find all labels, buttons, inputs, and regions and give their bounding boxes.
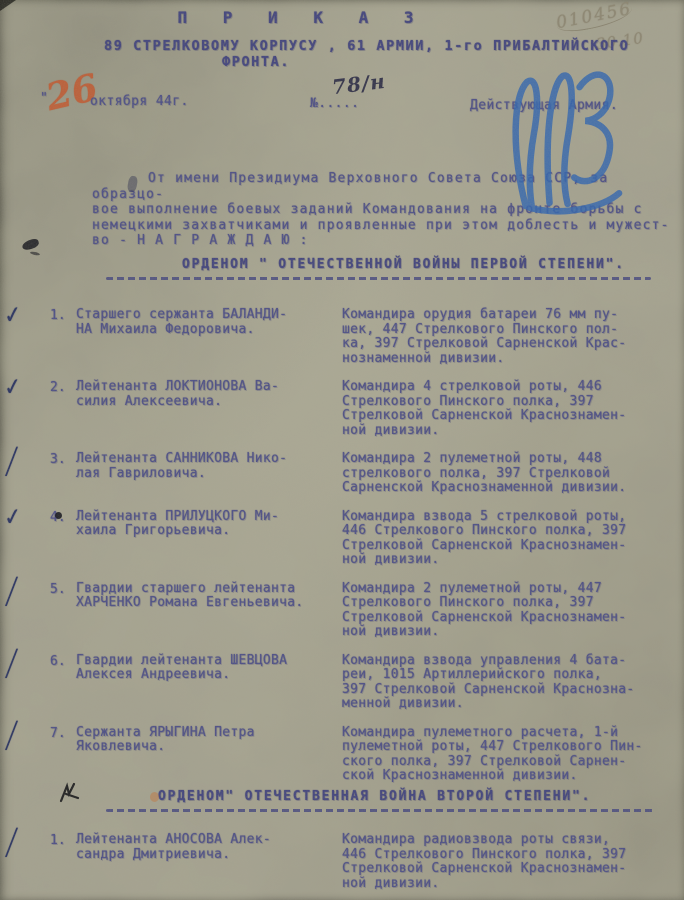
handwritten-checkmark xyxy=(4,375,22,399)
section1-heading: ОРДЕНОМ " ОТЕЧЕСТВЕННОЙ ВОЙНЫ ПЕРВОЙ СТЕ… xyxy=(182,257,625,272)
award-entry: 4. Лейтенанта ПРИЛУЦКОГО Ми- хаила Григо… xyxy=(50,510,672,568)
entry-position-description: Командира радиовзвода роты связи, 446 Ст… xyxy=(342,833,672,891)
handwritten-checkmark xyxy=(4,721,19,750)
section2-underline xyxy=(106,809,654,812)
entry-position-description: Командира пулеметного расчета, 1-й пулем… xyxy=(342,726,672,784)
handwritten-checkmark xyxy=(4,649,19,678)
handwritten-checkmark xyxy=(4,577,19,606)
entry-position-description: Командира 2 пулеметной роты, 448 стрелко… xyxy=(342,452,672,496)
handwritten-day: 26 xyxy=(42,65,102,119)
entry-left-cell: 4. Лейтенанта ПРИЛУЦКОГО Ми- хаила Григо… xyxy=(50,510,342,568)
section1-entries: 1. Старшего сержанта БАЛАНДИ- НА Михаила… xyxy=(50,308,672,798)
document-title: П Р И К А З xyxy=(0,8,604,27)
handwritten-order-number: 78/н xyxy=(331,69,387,99)
entry-recipient-name: Лейтенанта ЛОКТИОНОВА Ва- силия Алексеев… xyxy=(76,380,279,438)
entry-recipient-name: Старшего сержанта БАЛАНДИ- НА Михаила Фе… xyxy=(76,308,287,366)
award-entry: 1. Лейтенанта АНОСОВА Алек- сандра Дмитр… xyxy=(50,833,672,891)
entry-recipient-name: Гвардии лейтенанта ШЕВЦОВА Алексея Андре… xyxy=(76,654,287,712)
document-subtitle-line2: ФРОНТА. xyxy=(222,54,290,70)
award-entry: 3. Лейтенанта САННИКОВА Нико- лая Гаврил… xyxy=(50,452,672,496)
entry-number: 3. xyxy=(50,452,76,496)
entry-recipient-name: Лейтенанта АНОСОВА Алек- сандра Дмитриев… xyxy=(76,833,271,891)
handwritten-checkmark xyxy=(4,303,22,327)
scan-corner-defect xyxy=(0,0,16,11)
section1-underline xyxy=(106,277,651,280)
document-page: 010456 30.10 П Р И К А З 89 СТРЕЛКОВОМУ … xyxy=(0,0,684,900)
entry-recipient-name: Лейтенанта ПРИЛУЦКОГО Ми- хаила Григорье… xyxy=(76,510,279,568)
entry-position-description: Командира взвода управления 4 бата- реи,… xyxy=(342,654,672,712)
date-month-year: октября 44г. xyxy=(90,94,189,109)
entry-left-cell: 5. Гвардии старшего лейтенанта ХАРЧЕНКО … xyxy=(50,582,342,640)
red-pencil-dot xyxy=(150,792,159,802)
entry-number: 4. xyxy=(50,510,76,568)
entry-number: 1. xyxy=(50,833,76,891)
entry-position-description: Командира орудия батареи 76 мм пу- шек, … xyxy=(342,308,672,366)
ink-blot-small xyxy=(30,251,40,256)
award-entry: 2. Лейтенанта ЛОКТИОНОВА Ва- силия Алекс… xyxy=(50,380,672,438)
entry-number: 6. xyxy=(50,654,76,712)
entry-left-cell: 2. Лейтенанта ЛОКТИОНОВА Ва- силия Алекс… xyxy=(50,380,342,438)
handwritten-checkmark xyxy=(4,505,22,529)
entry-left-cell: 1. Старшего сержанта БАЛАНДИ- НА Михаила… xyxy=(50,308,342,366)
entry-position-description: Командира 4 стрелковой роты, 446 Стрелко… xyxy=(342,380,672,438)
award-entry: 7. Сержанта ЯРЫГИНА Петра Яковлевича. Ко… xyxy=(50,726,672,784)
ink-dot xyxy=(55,512,62,519)
entry-recipient-name: Гвардии старшего лейтенанта ХАРЧЕНКО Ром… xyxy=(76,582,304,640)
document-subtitle-line1: 89 СТРЕЛКОВОМУ КОРПУСУ , 61 АРМИИ, 1-го … xyxy=(104,38,629,54)
entry-number: 1. xyxy=(50,308,76,366)
section2-heading: ОРДЕНОМ" ОТЕЧЕСТВЕННАЯ ВОЙНА ВТОРОЙ СТЕП… xyxy=(158,789,591,804)
section2-entries: 1. Лейтенанта АНОСОВА Алек- сандра Дмитр… xyxy=(50,833,672,900)
entry-position-description: Командира 2 пулеметной роты, 447 Стрелко… xyxy=(342,582,672,640)
entry-left-cell: 6. Гвардии лейтенанта ШЕВЦОВА Алексея Ан… xyxy=(50,654,342,712)
entry-recipient-name: Сержанта ЯРЫГИНА Петра Яковлевича. xyxy=(76,726,255,784)
black-scribble-mark xyxy=(58,782,82,804)
entry-number: 2. xyxy=(50,380,76,438)
handwritten-checkmark xyxy=(4,447,19,476)
award-entry: 5. Гвардии старшего лейтенанта ХАРЧЕНКО … xyxy=(50,582,672,640)
award-entry: 6. Гвардии лейтенанта ШЕВЦОВА Алексея Ан… xyxy=(50,654,672,712)
entry-recipient-name: Лейтенанта САННИКОВА Нико- лая Гаврилови… xyxy=(76,452,287,496)
entry-left-cell: 3. Лейтенанта САННИКОВА Нико- лая Гаврил… xyxy=(50,452,342,496)
handwritten-checkmark xyxy=(4,828,19,857)
ink-blot xyxy=(21,238,40,252)
entry-position-description: Командира взвода 5 стрелковой роты, 446 … xyxy=(342,510,672,568)
entry-left-cell: 7. Сержанта ЯРЫГИНА Петра Яковлевича. xyxy=(50,726,342,784)
blue-pen-monogram xyxy=(494,51,634,220)
entry-left-cell: 1. Лейтенанта АНОСОВА Алек- сандра Дмитр… xyxy=(50,833,342,891)
award-entry: 1. Старшего сержанта БАЛАНДИ- НА Михаила… xyxy=(50,308,672,366)
entry-number: 5. xyxy=(50,582,76,640)
entry-number: 7. xyxy=(50,726,76,784)
